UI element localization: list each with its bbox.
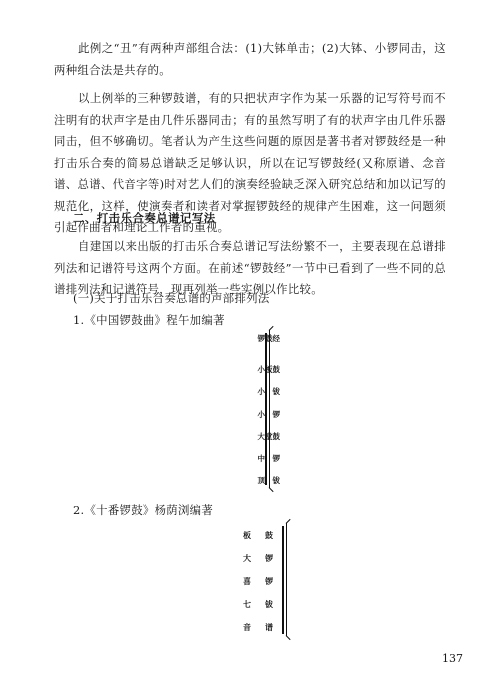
part-label: 小板鼓 [226,364,280,375]
part-label: 音谱 [232,622,280,633]
part-label: 小 锣 [226,409,280,420]
part-label: 大堂鼓 [226,431,280,442]
bracket-bottom-hook [269,487,274,492]
part-label: 中 锣 [226,453,280,464]
paragraph-1: 此例之“丑”有两种声部组合法：(1)大钵单击；(2)大钵、小锣同击，这两种组合法… [54,38,446,81]
example-1-caption: 1.《中国锣鼓曲》程午加编著 [73,312,225,328]
bracket-thin-line [286,523,287,636]
example-2-caption: 2.《十番锣鼓》杨荫浏编著 [73,502,213,518]
part-label: 板鼓 [232,530,280,541]
part-label: 喜锣 [232,576,280,587]
part-label: 大锣 [232,553,280,564]
bracket-top-hook [286,519,291,524]
score-system-1: 锣鼓经 小板鼓 小 钹 小 锣 大堂鼓 中 锣 顶 钹 [200,330,280,490]
bracket-thick-line [282,526,284,634]
part-label: 七钹 [232,599,280,610]
score-system-2: 板鼓 大锣 喜锣 七钹 音谱 [200,522,280,642]
part-label: 顶 钹 [226,475,280,486]
section-heading: 二、打击乐合奏总谱记写法 [73,210,216,226]
subsection-heading: (一)关于打击乐合奏总谱的声部排列法 [73,290,270,306]
bracket-bottom-hook [286,635,291,640]
bracket-thick-line [265,333,267,485]
bracket-thin-line [269,330,270,488]
part-label: 小 钹 [226,386,280,397]
part-label: 锣鼓经 [226,333,280,344]
page-number: 137 [442,652,463,665]
bracket-top-hook [269,326,274,331]
